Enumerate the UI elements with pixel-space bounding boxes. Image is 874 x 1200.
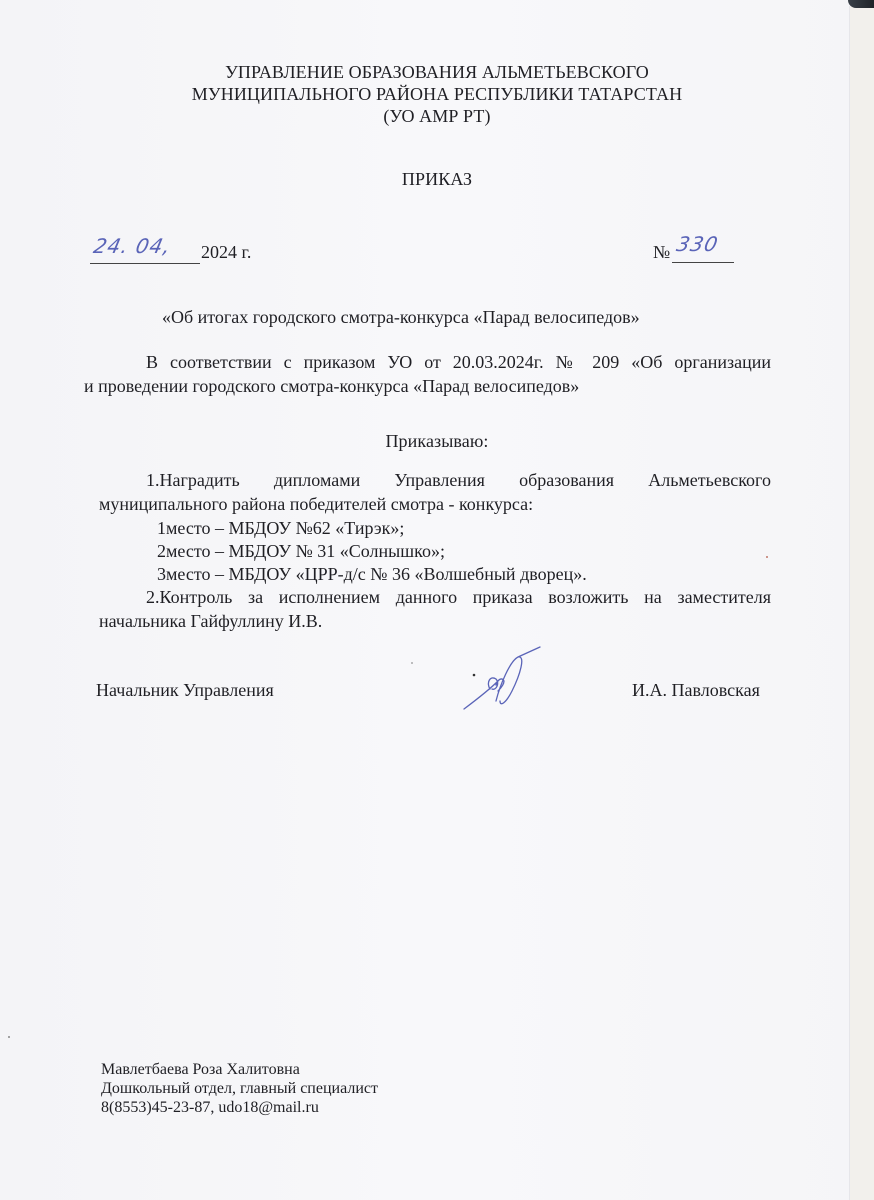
contact-phone-email: 8(8553)45-23-87, udo18@mail.ru [101,1098,319,1117]
preamble-line1: В соответствии с приказом УО от 20.03.20… [146,352,771,373]
number-sign: № [653,242,670,263]
date-handwritten: 24. 04, [94,234,171,258]
place-3: 3место – МБДОУ «ЦРР-д/с № 36 «Волшебный … [157,564,587,585]
date-underline [90,263,200,264]
contact-position: Дошкольный отдел, главный специалист [101,1079,378,1098]
contact-name: Мавлетбаева Роза Халитовна [101,1060,300,1079]
item2-line1: 2.Контроль за исполнением данного приказ… [146,587,771,608]
scan-speck [411,662,413,664]
signatory-position: Начальник Управления [96,680,274,701]
signature-scribble-icon [460,645,550,715]
item1-line2: муниципального района победителей смотра… [99,494,533,515]
place-1: 1место – МБДОУ №62 «Тирэк»; [157,518,404,539]
document-page: УПРАВЛЕНИЕ ОБРАЗОВАНИЯ АЛЬМЕТЬЕВСКОГО МУ… [0,0,874,1200]
signatory-name: И.А. Павловская [632,680,760,701]
order-word: Приказываю: [0,431,874,452]
org-name-line2: МУНИЦИПАЛЬНОГО РАЙОНА РЕСПУБЛИКИ ТАТАРСТ… [0,84,874,105]
org-name-line1: УПРАВЛЕНИЕ ОБРАЗОВАНИЯ АЛЬМЕТЬЕВСКОГО [0,62,874,83]
preamble-line2: и проведении городского смотра-конкурса … [84,376,579,397]
scan-speck [8,1036,10,1038]
document-type: ПРИКАЗ [0,169,874,190]
place-2: 2место – МБДОУ № 31 «Солнышко»; [157,541,445,562]
order-number-handwritten: 330 [677,232,718,256]
org-abbreviation: (УО АМР РТ) [0,106,874,127]
item1-line1: 1.Наградить дипломами Управления образов… [146,470,771,491]
item2-line2: начальника Гайфуллину И.В. [99,611,322,632]
scan-speck [766,556,768,558]
number-underline [672,262,734,263]
date-year: 2024 г. [201,242,251,263]
scan-corner-shadow [848,0,874,8]
document-title: «Об итогах городского смотра-конкурса «П… [162,307,640,328]
